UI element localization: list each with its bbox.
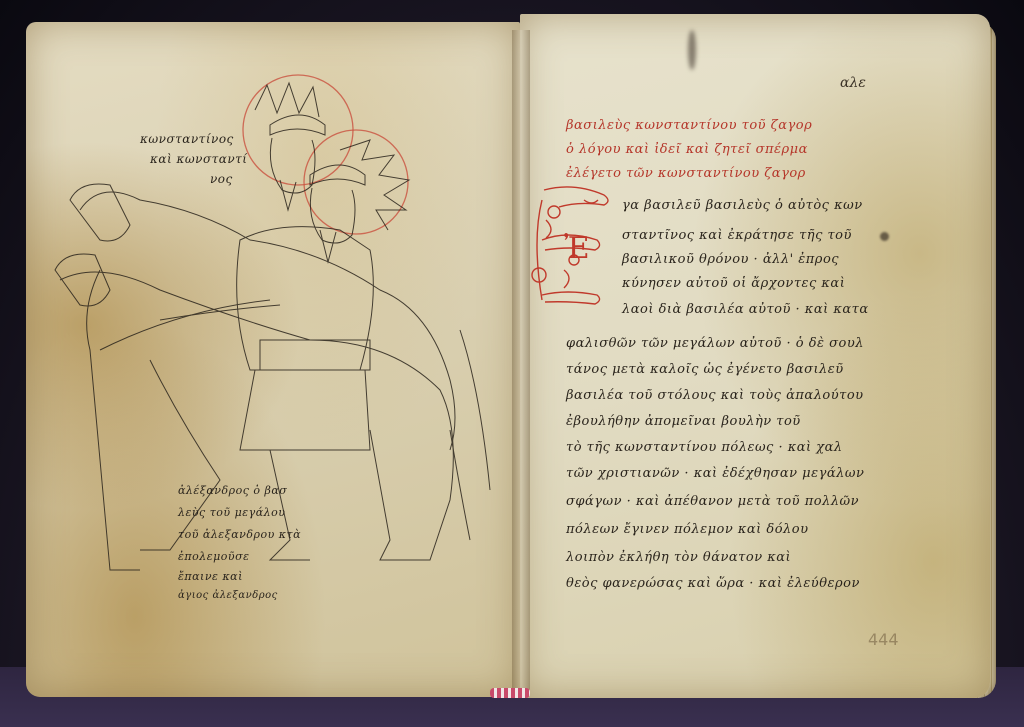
body-line-6: φαλισθῶν τῶν μεγάλων αὐτοῦ · ὁ δὲ σουλ <box>566 336 864 351</box>
red-heading-line-3: ἐλέγετο τῶν κωνσταντίνου ζαγορ <box>566 166 806 181</box>
caption-bottom-line-6: ἀγιος ἀλεξανδρος <box>178 590 278 601</box>
body-line-2: σταντῖνος καὶ ἐκράτησε τῆς τοῦ <box>622 228 852 243</box>
body-line-11: τῶν χριστιανῶν · καὶ ἐδέχθησαν μεγάλων <box>566 466 864 481</box>
body-line-9: ἐβουλήθην ἀπομεῖναι βουλὴν τοῦ <box>566 414 801 429</box>
body-line-15: θεὸς φανερώσας καὶ ὥρα · καὶ ἐλεύθερον <box>566 576 860 591</box>
body-line-14: λοιπὸν ἐκλήθη τὸν θάνατον καὶ <box>566 550 791 565</box>
caption-bottom-line-5: ἔπαινε καὶ <box>178 570 243 583</box>
caption-bottom-line-1: ἀλέξανδρος ὁ βασ <box>178 484 287 497</box>
body-line-5: λαοὶ διὰ βασιλέα αὐτοῦ · καὶ κατα <box>622 302 869 317</box>
red-heading-line-1: βασιλεὺς κωνσταντίνου τοῦ ζαγορ <box>566 118 812 133</box>
folio-number: αλε <box>840 75 866 91</box>
caption-bottom-line-2: λεὺς τοῦ μεγάλου <box>178 506 285 519</box>
open-manuscript: κωνσταντίνος καὶ κωνσταντί νος ἀλέξανδρο… <box>0 0 1024 727</box>
body-line-8: βασιλέα τοῦ στόλους καὶ τοὺς ἀπαλούτου <box>566 388 864 403</box>
body-line-7: τάνος μετὰ καλοῖς ὡς ἐγένετο βασιλεῦ <box>566 362 844 377</box>
caption-top-line-2: καὶ κωνσταντί <box>150 152 248 166</box>
binding-stitch <box>490 688 530 698</box>
red-heading-line-2: ὁ λόγου καὶ ἰδεῖ καὶ ζητεῖ σπέρμα <box>566 142 808 157</box>
body-line-1: γα βασιλεῦ βασιλεὺς ὁ αὐτὸς κων <box>622 198 863 213</box>
right-page <box>520 14 990 698</box>
body-line-3: βασιλικοῦ θρόνου · ἀλλ' ἐπρος <box>622 252 839 267</box>
caption-bottom-line-3: τοῦ ἀλεξανδρου κτὰ <box>178 528 301 541</box>
decorated-initial-icon: Ἐ <box>524 180 624 315</box>
caption-top-line-3: νος <box>210 172 233 186</box>
book-gutter <box>512 30 530 695</box>
svg-text:Ἐ: Ἐ <box>564 231 590 266</box>
body-line-12: σφάγων · καὶ ἀπέθανον μετὰ τοῦ πολλῶν <box>566 494 859 509</box>
ink-blot <box>880 232 889 241</box>
caption-top-line-1: κωνσταντίνος <box>140 132 234 146</box>
caption-bottom-line-4: ἐπολεμοῦσε <box>178 550 250 563</box>
shelfmark-pencil-note: 444 <box>868 630 899 649</box>
ink-smudge <box>688 30 696 70</box>
body-line-13: πόλεων ἔγινεν πόλεμον καὶ δόλου <box>566 522 809 537</box>
body-line-10: τὸ τῆς κωνσταντίνου πόλεως · καὶ χαλ <box>566 440 843 455</box>
body-line-4: κύνησεν αὐτοῦ οἱ ἄρχοντες καὶ <box>622 276 845 291</box>
